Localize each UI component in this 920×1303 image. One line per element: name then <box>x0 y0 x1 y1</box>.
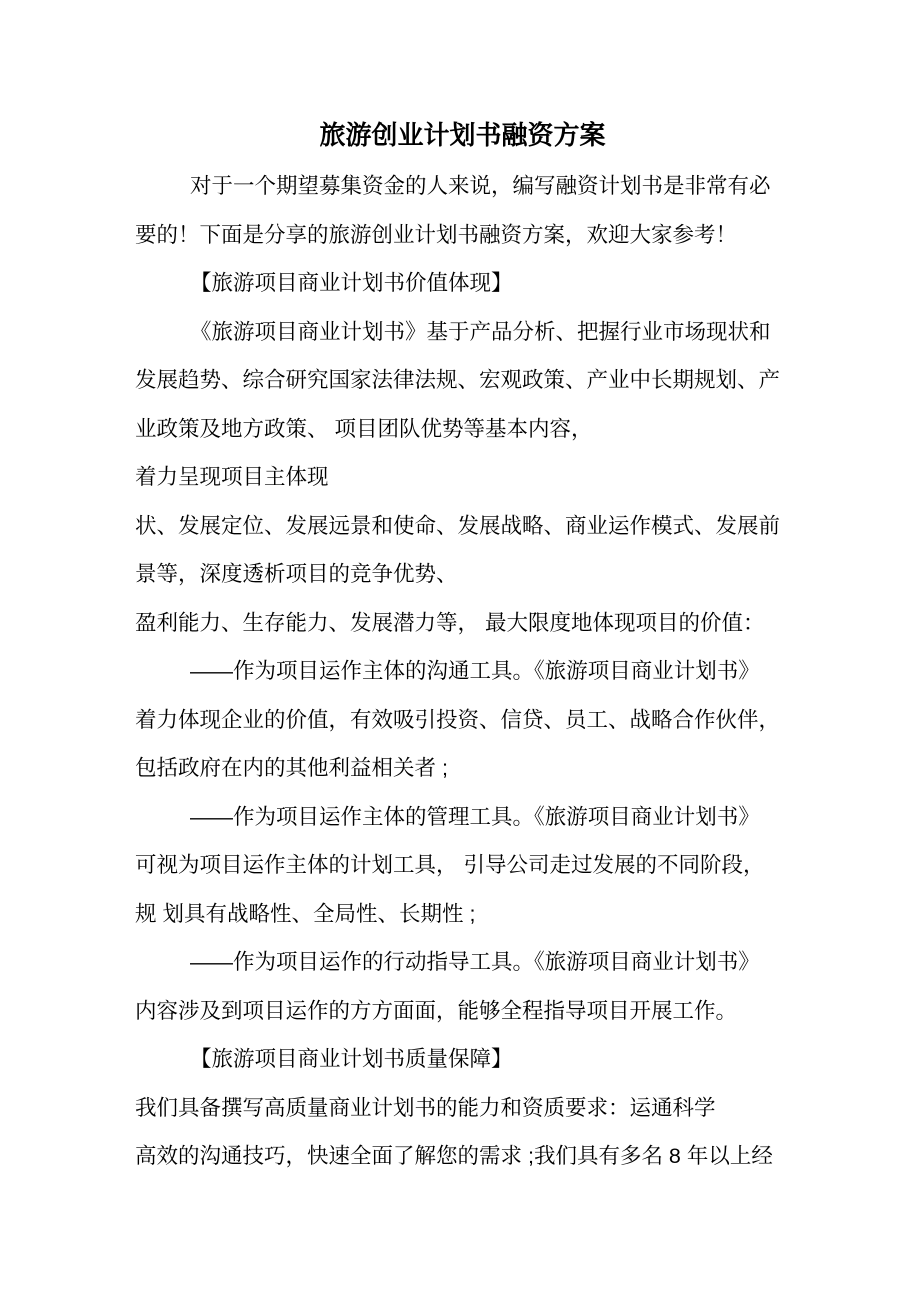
text-line: ——作为项目运作的行动指导工具。《旅游项目商业计划书》 <box>135 938 790 987</box>
text-line: 着力呈现项目主体现 <box>135 453 790 502</box>
text-line: 发展趋势、综合研究国家法律法规、宏观政策、产业中长期规划、产 <box>135 356 790 405</box>
text-line: 可视为项目运作主体的计划工具， 引导公司走过发展的不同阶段， <box>135 841 790 890</box>
text-line: 《旅游项目商业计划书》基于产品分析、把握行业市场现状和 <box>135 308 790 357</box>
text-line: 我们具备撰写高质量商业计划书的能力和资质要求：运通科学 <box>135 1084 790 1133</box>
text-line: 对于一个期望募集资金的人来说，编写融资计划书是非常有必 <box>135 162 790 211</box>
text-line: 盈利能力、生存能力、发展潜力等， 最大限度地体现项目的价值： <box>135 599 790 648</box>
text-line: 【旅游项目商业计划书价值体现】 <box>135 259 790 308</box>
text-line: 业政策及地方政策、 项目团队优势等基本内容， <box>135 405 790 454</box>
document-content: 旅游创业计划书融资方案 对于一个期望募集资金的人来说，编写融资计划书是非常有必要… <box>0 0 920 1181</box>
document-page: 旅游创业计划书融资方案 对于一个期望募集资金的人来说，编写融资计划书是非常有必要… <box>0 0 920 1303</box>
text-line: 【旅游项目商业计划书质量保障】 <box>135 1035 790 1084</box>
document-lines: 对于一个期望募集资金的人来说，编写融资计划书是非常有必要的！下面是分享的旅游创业… <box>135 162 790 1181</box>
text-line: 高效的沟通技巧，快速全面了解您的需求 ;我们具有多名 8 年以上经 <box>135 1132 790 1181</box>
text-line: ——作为项目运作主体的管理工具。《旅游项目商业计划书》 <box>135 793 790 842</box>
text-line: 景等，深度透析项目的竞争优势、 <box>135 550 790 599</box>
document-title: 旅游创业计划书融资方案 <box>135 108 790 162</box>
text-line: ——作为项目运作主体的沟通工具。《旅游项目商业计划书》 <box>135 647 790 696</box>
text-line: 包括政府在内的其他利益相关者 ; <box>135 744 790 793</box>
text-line: 规 划具有战略性、全局性、长期性 ; <box>135 890 790 939</box>
text-line: 状、发展定位、发展远景和使命、发展战略、商业运作模式、发展前 <box>135 502 790 551</box>
text-line: 要的！下面是分享的旅游创业计划书融资方案，欢迎大家参考！ <box>135 211 790 260</box>
text-line: 内容涉及到项目运作的方方面面，能够全程指导项目开展工作。 <box>135 987 790 1036</box>
text-line: 着力体现企业的价值，有效吸引投资、信贷、员工、战略合作伙伴， <box>135 696 790 745</box>
